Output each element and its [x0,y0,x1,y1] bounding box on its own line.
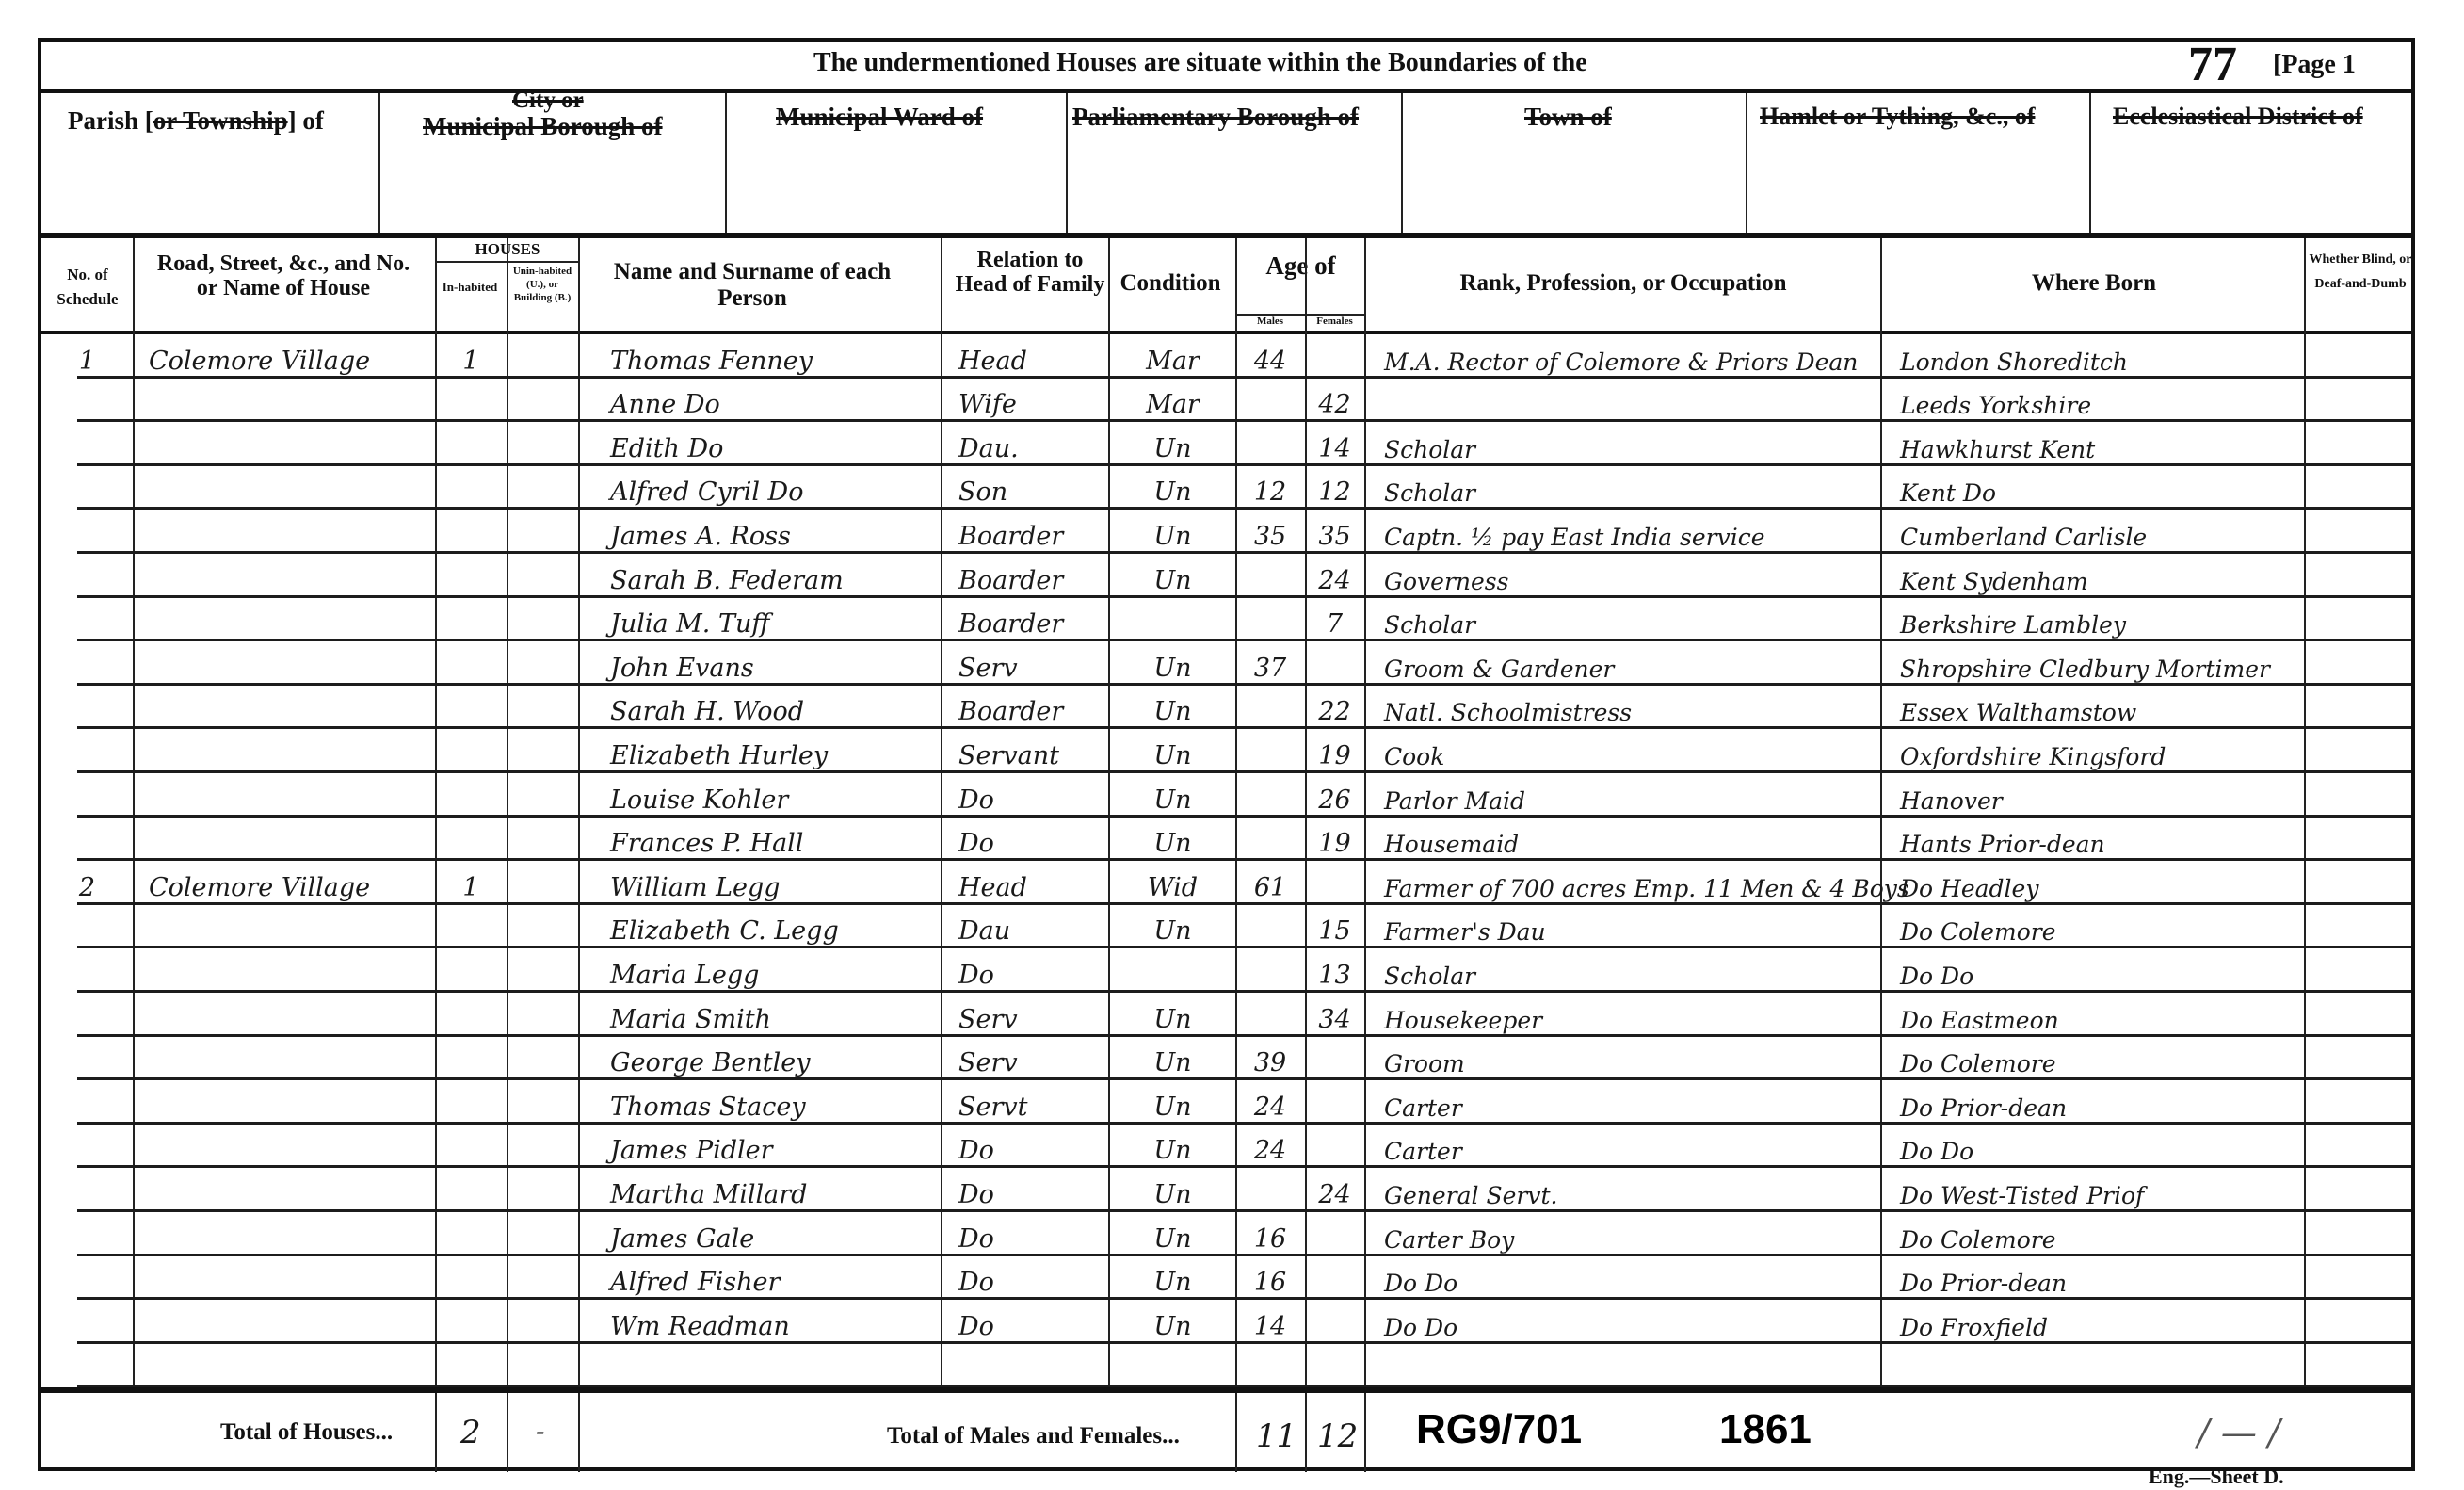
cell-road [136,729,435,773]
cell-condition: Un [1110,510,1235,554]
cell-inhabited [435,598,507,642]
table-row: Maria SmithServUn34HousekeeperDo Eastmeo… [41,993,2411,1037]
cell-schedule [41,1080,133,1125]
cell-born: Do Colemore [1887,905,2301,949]
cell-condition: Un [1110,1300,1235,1344]
cell-occupation: General Servt. [1371,1168,1879,1212]
table-row: Edith DoDau.Un14ScholarHawkhurst Kent [41,422,2411,466]
cell-male-age: 16 [1235,1256,1305,1301]
cell-blind [2306,686,2409,730]
cell-schedule [41,1256,133,1301]
cell-schedule [41,598,133,642]
col-occupation: Rank, Profession, or Occupation [1369,270,1877,297]
cell-relation: Dau [945,905,1108,949]
cell-born: Hawkhurst Kent [1887,422,2301,466]
folio-number: 77 [2188,37,2237,92]
cell-road [136,686,435,730]
cell-female-age: 7 [1305,598,1364,642]
cell-condition: Un [1110,641,1235,686]
cell-inhabited [435,1168,507,1212]
cell-occupation: Parlor Maid [1371,773,1879,818]
cell-inhabited [435,1125,507,1169]
cell-inhabited [435,422,507,466]
cell-name: George Bentley [597,1037,941,1081]
cell-condition [1110,598,1235,642]
cell-uninhabited [507,1125,578,1169]
cell-blind [2306,1344,2409,1388]
cell-relation: Serv [945,1037,1108,1081]
cell-road [136,993,435,1037]
cell-inhabited [435,379,507,423]
cell-condition: Un [1110,1168,1235,1212]
cell-road [136,1037,435,1081]
cell-uninhabited [507,1080,578,1125]
cell-born: Kent Do [1887,466,2301,510]
cell-name: Louise Kohler [597,773,941,818]
cell-condition: Un [1110,818,1235,862]
cell-male-age [1235,422,1305,466]
cell-road [136,641,435,686]
cell-road: Colemore Village [136,861,435,905]
cell-name: Sarah H. Wood [597,686,941,730]
cell-born: Do Froxfield [1887,1300,2301,1344]
table-row: James GaleDoUn16Carter BoyDo Colemore [41,1212,2411,1256]
cell-born: Do Colemore [1887,1037,2301,1081]
cell-name: Frances P. Hall [597,818,941,862]
cell-born: London Shoreditch [1887,334,2301,379]
census-year: 1861 [1719,1406,1812,1453]
cell-occupation: Carter [1371,1080,1879,1125]
cell-road [136,1212,435,1256]
cell-female-age [1305,641,1364,686]
cell-occupation: M.A. Rector of Colemore & Priors Dean [1371,334,1879,379]
cell-female-age [1305,1300,1364,1344]
cell-uninhabited [507,1168,578,1212]
sheet-footer: Eng.—Sheet D. [2149,1465,2284,1489]
cell-born: Berkshire Lambley [1887,598,2301,642]
cell-schedule [41,818,133,862]
cell-name: James Pidler [597,1125,941,1169]
cell-female-age [1305,1037,1364,1081]
col-females: Females [1305,316,1364,327]
cell-female-age: 15 [1305,905,1364,949]
cell-occupation [1371,1344,1879,1388]
cell-inhabited [435,1080,507,1125]
table-row: Frances P. HallDoUn19HousemaidHants Prio… [41,818,2411,862]
tally-marks: / — / [2198,1412,2280,1453]
page-label: [Page 1 [2273,50,2356,80]
total-houses-label: Total of Houses... [220,1419,393,1446]
cell-inhabited [435,510,507,554]
census-table-body: 1Colemore Village1Thomas FenneyHeadMar44… [41,334,2411,1389]
cell-occupation: Governess [1371,554,1879,598]
cell-male-age [1235,598,1305,642]
cell-condition: Un [1110,729,1235,773]
cell-condition: Un [1110,686,1235,730]
municipal-ward-label: Municipal Ward of [776,103,983,132]
cell-schedule [41,773,133,818]
cell-road [136,1125,435,1169]
cell-female-age: 35 [1305,510,1364,554]
cell-road [136,1080,435,1125]
cell-name: William Legg [597,861,941,905]
cell-road [136,1168,435,1212]
cell-occupation: Groom & Gardener [1371,641,1879,686]
cell-schedule [41,1344,133,1388]
cell-uninhabited [507,334,578,379]
cell-relation: Do [945,818,1108,862]
cell-inhabited [435,554,507,598]
cell-name: Maria Smith [597,993,941,1037]
cell-schedule: 2 [41,861,133,905]
col-name: Name and Surname of each Person [602,259,903,312]
cell-blind [2306,422,2409,466]
cell-uninhabited [507,686,578,730]
cell-relation: Do [945,1212,1108,1256]
cell-born: Do Prior-dean [1887,1080,2301,1125]
cell-uninhabited [507,422,578,466]
cell-name: Alfred Cyril Do [597,466,941,510]
col-inhabited: In-habited [437,280,503,295]
cell-male-age [1235,554,1305,598]
cell-road [136,948,435,993]
cell-name: Maria Legg [597,948,941,993]
col-houses: HOUSES [437,240,578,259]
cell-male-age: 44 [1235,334,1305,379]
cell-name [597,1344,941,1388]
cell-born: Hanover [1887,773,2301,818]
cell-name: Elizabeth C. Legg [597,905,941,949]
cell-inhabited [435,1256,507,1301]
cell-male-age: 14 [1235,1300,1305,1344]
cell-name: John Evans [597,641,941,686]
cell-name: Elizabeth Hurley [597,729,941,773]
cell-schedule [41,686,133,730]
cell-male-age [1235,1344,1305,1388]
boundaries-row: Parish [or Township] of Parish [or Towns… [41,93,2411,235]
table-row: Maria LeggDo13ScholarDo Do [41,948,2411,993]
cell-blind [2306,1300,2409,1344]
cell-name: Sarah B. Federam [597,554,941,598]
col-condition: Condition [1109,270,1232,297]
cell-male-age [1235,993,1305,1037]
cell-condition: Mar [1110,379,1235,423]
cell-schedule [41,905,133,949]
cell-blind [2306,598,2409,642]
ecclesiastical-district-label: Ecclesiastical District of [2113,103,2363,131]
cell-female-age: 19 [1305,818,1364,862]
table-row: Thomas StaceyServtUn24CarterDo Prior-dea… [41,1080,2411,1125]
piece-reference: RG9/701 [1416,1406,1582,1453]
cell-blind [2306,1168,2409,1212]
total-houses-inhabited: 2 [460,1414,481,1451]
col-born: Where Born [1882,270,2306,297]
cell-schedule [41,1212,133,1256]
cell-occupation: Farmer's Dau [1371,905,1879,949]
cell-female-age: 22 [1305,686,1364,730]
cell-blind [2306,510,2409,554]
cell-born: Oxfordshire Kingsford [1887,729,2301,773]
cell-name: Edith Do [597,422,941,466]
cell-female-age: 24 [1305,554,1364,598]
cell-uninhabited [507,554,578,598]
cell-uninhabited [507,729,578,773]
cell-occupation: Scholar [1371,422,1879,466]
cell-occupation: Carter [1371,1125,1879,1169]
cell-occupation: Housekeeper [1371,993,1879,1037]
table-row: Anne DoWifeMar42Leeds Yorkshire [41,379,2411,423]
cell-schedule [41,641,133,686]
cell-born: Do Eastmeon [1887,993,2301,1037]
cell-condition [1110,948,1235,993]
cell-uninhabited [507,1300,578,1344]
table-row: 1Colemore Village1Thomas FenneyHeadMar44… [41,334,2411,379]
cell-name: Wm Readman [597,1300,941,1344]
cell-relation: Servt [945,1080,1108,1125]
cell-name: Alfred Fisher [597,1256,941,1301]
census-sheet: The undermentioned Houses are situate wi… [38,38,2415,1471]
cell-road [136,510,435,554]
cell-uninhabited [507,641,578,686]
cell-blind [2306,1037,2409,1081]
table-row: James PidlerDoUn24CarterDo Do [41,1125,2411,1169]
cell-occupation: Cook [1371,729,1879,773]
cell-uninhabited [507,993,578,1037]
cell-male-age: 24 [1235,1080,1305,1125]
cell-name: Anne Do [597,379,941,423]
cell-female-age: 19 [1305,729,1364,773]
cell-schedule [41,948,133,993]
cell-male-age: 35 [1235,510,1305,554]
cell-road [136,1344,435,1388]
cell-name: Julia M. Tuff [597,598,941,642]
cell-male-age [1235,773,1305,818]
cell-schedule [41,1168,133,1212]
cell-relation: Head [945,861,1108,905]
cell-blind [2306,1125,2409,1169]
cell-born: Do Colemore [1887,1212,2301,1256]
cell-blind [2306,1256,2409,1301]
cell-name: Martha Millard [597,1168,941,1212]
cell-schedule [41,422,133,466]
table-row: Julia M. TuffBoarder7ScholarBerkshire La… [41,598,2411,642]
cell-male-age: 39 [1235,1037,1305,1081]
cell-inhabited [435,641,507,686]
cell-born: Do Headley [1887,861,2301,905]
parish-label: Parish [or Township] of Parish [or Towns… [68,106,324,136]
cell-male-age: 61 [1235,861,1305,905]
cell-uninhabited [507,773,578,818]
cell-occupation: Farmer of 700 acres Emp. 11 Men & 4 Boys [1371,861,1879,905]
cell-occupation: Natl. Schoolmistress [1371,686,1879,730]
cell-blind [2306,818,2409,862]
cell-road [136,818,435,862]
cell-relation: Do [945,1168,1108,1212]
cell-uninhabited [507,905,578,949]
cell-name: Thomas Fenney [597,334,941,379]
cell-schedule [41,554,133,598]
cell-relation: Boarder [945,554,1108,598]
cell-condition: Un [1110,1037,1235,1081]
cell-uninhabited [507,861,578,905]
cell-born: Do Prior-dean [1887,1256,2301,1301]
cell-uninhabited [507,1344,578,1388]
cell-uninhabited [507,510,578,554]
cell-uninhabited [507,818,578,862]
municipal-borough-label: Municipal Borough of [423,112,663,141]
cell-schedule [41,1037,133,1081]
cell-blind [2306,641,2409,686]
cell-name: Thomas Stacey [597,1080,941,1125]
cell-blind [2306,905,2409,949]
cell-inhabited [435,1300,507,1344]
cell-condition: Un [1110,905,1235,949]
cell-born: Kent Sydenham [1887,554,2301,598]
cell-inhabited [435,1037,507,1081]
cell-blind [2306,334,2409,379]
cell-relation: Do [945,948,1108,993]
cell-inhabited [435,905,507,949]
cell-road [136,379,435,423]
totals-row: Total of Houses... 2 - Total of Males an… [41,1393,2411,1472]
cell-female-age [1305,1080,1364,1125]
table-row: Louise KohlerDoUn26Parlor MaidHanover [41,773,2411,818]
page-title: The undermentioned Houses are situate wi… [813,48,1587,78]
cell-blind [2306,861,2409,905]
cell-condition: Un [1110,1125,1235,1169]
cell-schedule [41,510,133,554]
col-uninhabited: Unin-habited (U.), or Building (B.) [508,265,576,304]
cell-occupation: Carter Boy [1371,1212,1879,1256]
cell-inhabited [435,1212,507,1256]
cell-relation: Do [945,773,1108,818]
table-row [41,1344,2411,1388]
cell-born: Do West-Tisted Priof [1887,1168,2301,1212]
cell-blind [2306,1080,2409,1125]
cell-male-age [1235,1168,1305,1212]
cell-occupation [1371,379,1879,423]
cell-inhabited [435,993,507,1037]
cell-relation: Son [945,466,1108,510]
cell-road [136,466,435,510]
cell-relation: Dau. [945,422,1108,466]
cell-male-age [1235,729,1305,773]
cell-occupation: Do Do [1371,1300,1879,1344]
cell-schedule [41,379,133,423]
cell-inhabited [435,729,507,773]
hamlet-label: Hamlet or Tything, &c., of [1760,103,2035,131]
cell-uninhabited [507,1037,578,1081]
cell-relation: Do [945,1256,1108,1301]
cell-schedule [41,1300,133,1344]
cell-blind [2306,1212,2409,1256]
cell-inhabited [435,773,507,818]
cell-uninhabited [507,598,578,642]
total-males: 11 [1256,1417,1296,1455]
cell-road [136,1256,435,1301]
cell-female-age: 14 [1305,422,1364,466]
cell-inhabited [435,818,507,862]
cell-road [136,905,435,949]
cell-blind [2306,379,2409,423]
cell-relation: Servant [945,729,1108,773]
cell-female-age: 13 [1305,948,1364,993]
cell-born: Leeds Yorkshire [1887,379,2301,423]
col-age: Age of [1237,251,1364,281]
cell-condition: Mar [1110,334,1235,379]
cell-condition: Un [1110,466,1235,510]
cell-relation: Serv [945,993,1108,1037]
cell-name: James Gale [597,1212,941,1256]
cell-inhabited [435,948,507,993]
cell-schedule [41,993,133,1037]
table-row: Alfred Cyril DoSonUn1212ScholarKent Do [41,466,2411,510]
column-header-row: No. of Schedule Road, Street, &c., and N… [41,238,2411,332]
table-row: Wm ReadmanDoUn14Do DoDo Froxfield [41,1300,2411,1344]
cell-female-age: 26 [1305,773,1364,818]
cell-relation [945,1344,1108,1388]
cell-condition: Un [1110,1212,1235,1256]
table-row: John EvansServUn37Groom & GardenerShrops… [41,641,2411,686]
cell-female-age: 24 [1305,1168,1364,1212]
cell-schedule [41,466,133,510]
total-houses-uninhabited: - [536,1416,544,1447]
cell-blind [2306,993,2409,1037]
cell-female-age [1305,1256,1364,1301]
cell-condition: Un [1110,773,1235,818]
cell-blind [2306,554,2409,598]
col-males: Males [1237,316,1303,327]
cell-female-age [1305,1344,1364,1388]
cell-born: Essex Walthamstow [1887,686,2301,730]
cell-inhabited [435,686,507,730]
cell-relation: Boarder [945,510,1108,554]
table-row: Sarah H. WoodBoarderUn22Natl. Schoolmist… [41,686,2411,730]
cell-female-age [1305,1212,1364,1256]
total-females: 12 [1317,1417,1358,1455]
table-row: Elizabeth C. LeggDauUn15Farmer's DauDo C… [41,905,2411,949]
cell-born: Shropshire Cledbury Mortimer [1887,641,2301,686]
table-row: 2Colemore Village1William LeggHeadWid61F… [41,861,2411,905]
total-persons-label: Total of Males and Females... [887,1423,1180,1450]
cell-female-age: 12 [1305,466,1364,510]
cell-occupation: Do Do [1371,1256,1879,1301]
cell-male-age [1235,818,1305,862]
cell-female-age [1305,861,1364,905]
cell-condition: Un [1110,1080,1235,1125]
cell-relation: Boarder [945,686,1108,730]
cell-condition: Un [1110,554,1235,598]
cell-born: Hants Prior-dean [1887,818,2301,862]
cell-name: James A. Ross [597,510,941,554]
col-relation: Relation to Head of Family [955,248,1105,297]
cell-condition [1110,1344,1235,1388]
table-row: Martha MillardDoUn24General Servt.Do Wes… [41,1168,2411,1212]
cell-road [136,554,435,598]
cell-female-age [1305,1125,1364,1169]
cell-road [136,1300,435,1344]
cell-male-age [1235,948,1305,993]
cell-blind [2306,729,2409,773]
cell-female-age: 42 [1305,379,1364,423]
cell-condition: Un [1110,1256,1235,1301]
cell-schedule [41,1125,133,1169]
cell-male-age: 16 [1235,1212,1305,1256]
table-row: Sarah B. FederamBoarderUn24GovernessKent… [41,554,2411,598]
cell-occupation: Scholar [1371,948,1879,993]
col-road: Road, Street, &c., and No. or Name of Ho… [147,251,420,300]
cell-male-age: 37 [1235,641,1305,686]
